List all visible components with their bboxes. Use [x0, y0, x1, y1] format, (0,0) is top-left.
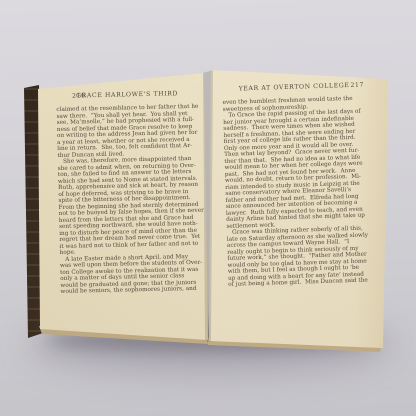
left-page-body: claimed at the resemblance to her father… — [56, 104, 202, 296]
left-page-number: 216 — [72, 92, 86, 99]
photo-scene: 216 GRACE HARLOWE'S THIRD claimed at the… — [0, 0, 416, 416]
right-page-body: even the humblest freshman would taste t… — [222, 95, 372, 288]
right-page-number: 217 — [350, 82, 364, 89]
right-page-text: YEAR AT OVERTON COLLEGE 217 even the hum… — [222, 81, 372, 288]
left-page-text: 216 GRACE HARLOWE'S THIRD claimed at the… — [56, 90, 203, 296]
left-running-title: GRACE HARLOWE'S THIRD — [76, 90, 178, 99]
